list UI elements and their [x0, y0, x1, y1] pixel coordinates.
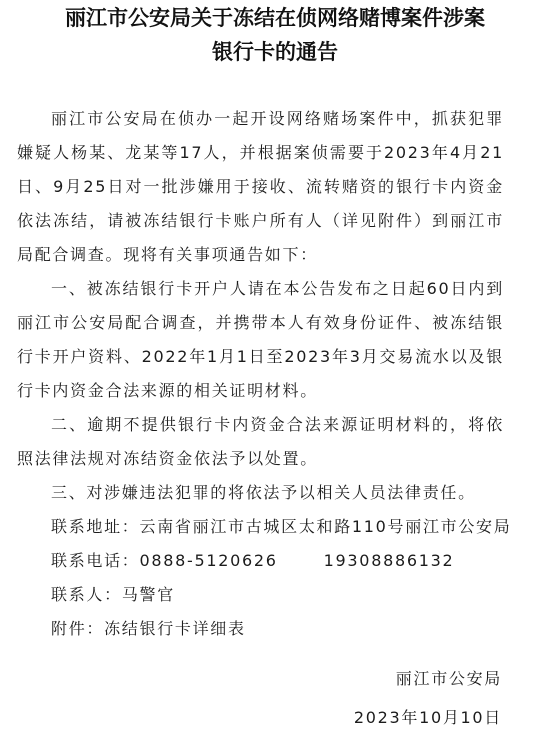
- notice-body: 丽江市公安局在侦办一起开设网络赌场案件中，抓获犯罪嫌疑人杨某、龙某等17人，并根…: [17, 102, 504, 646]
- signature-date: 2023年10月10日: [354, 705, 502, 728]
- contact-phone: 联系电话：0888-512062619308886132: [17, 544, 504, 578]
- intro-paragraph: 丽江市公安局在侦办一起开设网络赌场案件中，抓获犯罪嫌疑人杨某、龙某等17人，并根…: [17, 102, 504, 272]
- contact-address-value: 云南省丽江市古城区太和路110号丽江市公安局: [140, 517, 512, 536]
- attachment: 附件：冻结银行卡详细表: [17, 612, 504, 646]
- signature-org: 丽江市公安局: [396, 666, 502, 689]
- item-3-paragraph: 三、对涉嫌违法犯罪的将依法予以相关人员法律责任。: [17, 476, 504, 510]
- contact-person-value: 马警官: [122, 585, 175, 604]
- notice-title-line-2: 银行卡的通告: [0, 36, 550, 68]
- contact-address-label: 联系地址：: [51, 517, 140, 536]
- contact-person-label: 联系人：: [51, 585, 122, 604]
- contact-phone-label: 联系电话：: [51, 551, 140, 570]
- contact-address: 联系地址：云南省丽江市古城区太和路110号丽江市公安局: [17, 510, 504, 544]
- notice-title-line-1: 丽江市公安局关于冻结在侦网络赌博案件涉案: [0, 2, 550, 34]
- item-1-paragraph: 一、被冻结银行卡开户人请在本公告发布之日起60日内到丽江市公安局配合调查，并携带…: [17, 272, 504, 408]
- item-2-paragraph: 二、逾期不提供银行卡内资金合法来源证明材料的，将依照法律法规对冻结资金依法予以处…: [17, 408, 504, 476]
- attachment-label: 附件：: [51, 619, 104, 638]
- contact-phone-1: 0888-5120626: [140, 551, 278, 570]
- attachment-value: 冻结银行卡详细表: [104, 619, 246, 638]
- contact-person: 联系人：马警官: [17, 578, 504, 612]
- contact-phone-2: 19308886132: [324, 551, 455, 570]
